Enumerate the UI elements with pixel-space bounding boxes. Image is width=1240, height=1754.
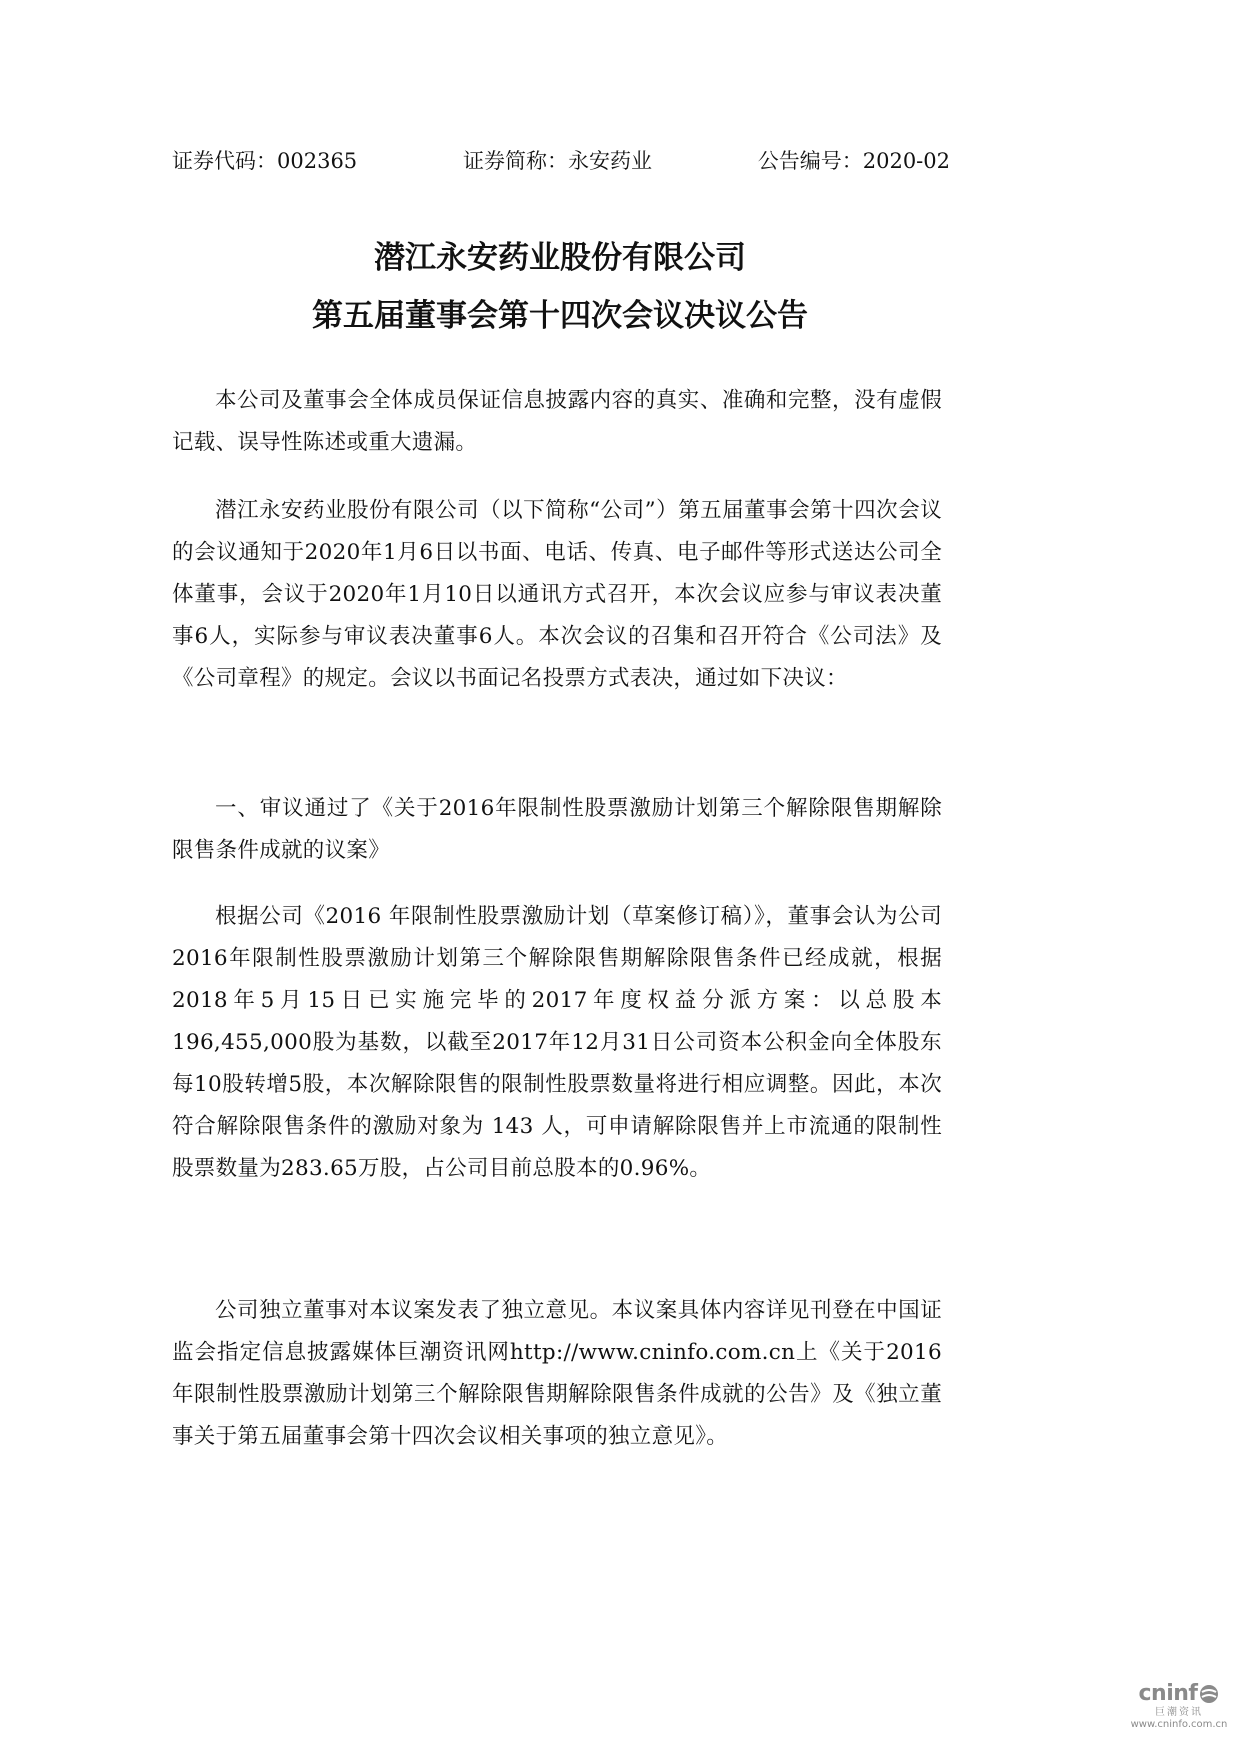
resolution-heading: 一、审议通过了《关于2016年限制性股票激励计划第三个解除限售期解除限售条件成就… bbox=[172, 788, 942, 872]
meeting-info-paragraph: 潜江永安药业股份有限公司（以下简称“公司”）第五届董事会第十四次会议的会议通知于… bbox=[172, 490, 942, 700]
cninfo-logo-icon bbox=[1199, 1684, 1219, 1704]
independent-opinion-paragraph: 公司独立董事对本议案发表了独立意见。本议案具体内容详见刊登在中国证监会指定信息披… bbox=[172, 1290, 942, 1458]
cninfo-watermark: cninf 巨潮资讯 www.cninfo.com.cn bbox=[1118, 1681, 1240, 1731]
announcement-title: 第五届董事会第十四次会议决议公告 bbox=[0, 290, 1120, 335]
cninfo-logo-text: cninf bbox=[1139, 1681, 1198, 1706]
stock-name: 证券简称：永安药业 bbox=[463, 145, 652, 175]
resolution-detail-paragraph: 根据公司《2016 年限制性股票激励计划（草案修订稿）》，董事会认为公司2016… bbox=[172, 896, 942, 1190]
cninfo-subtitle: 巨潮资讯 bbox=[1118, 1706, 1240, 1719]
disclaimer-paragraph: 本公司及董事会全体成员保证信息披露内容的真实、准确和完整，没有虚假记载、误导性陈… bbox=[172, 380, 942, 464]
cninfo-url: www.cninfo.com.cn bbox=[1118, 1719, 1240, 1731]
announcement-number: 公告编号：2020-02 bbox=[758, 145, 950, 175]
company-title: 潜江永安药业股份有限公司 bbox=[0, 232, 1120, 277]
stock-code: 证券代码：002365 bbox=[172, 145, 357, 175]
document-header: 证券代码：002365 证券简称：永安药业 公告编号：2020-02 bbox=[172, 142, 950, 178]
